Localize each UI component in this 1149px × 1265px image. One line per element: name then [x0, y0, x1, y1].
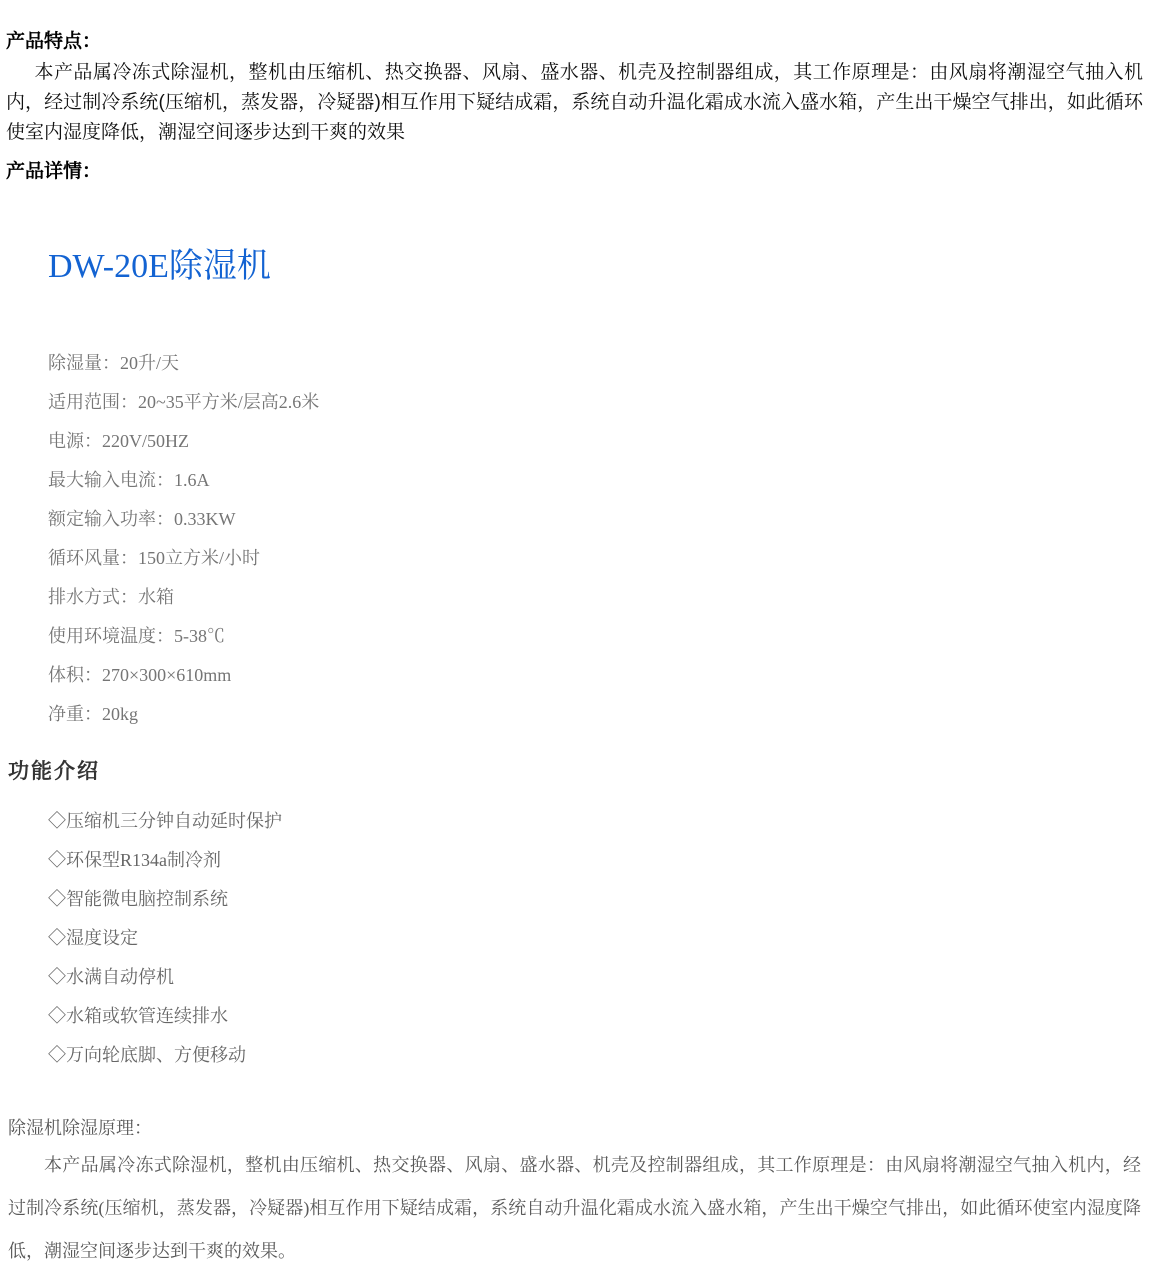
spec-item-operating-temp: 使用环境温度：5-38℃ — [48, 617, 1141, 656]
product-page: { "intro": { "heading": "产品特点：", "paragr… — [0, 0, 1149, 1265]
function-list: ◇压缩机三分钟自动延时保护 ◇环保型R134a制冷剂 ◇智能微电脑控制系统 ◇湿… — [48, 802, 1141, 1075]
spec-item-dimensions: 体积：270×300×610mm — [48, 656, 1141, 695]
product-detail-section: DW-20E除湿机 除湿量：20升/天 适用范围：20~35平方米/层高2.6米… — [0, 248, 1149, 1265]
spec-item-drain-method: 排水方式：水箱 — [48, 578, 1141, 617]
features-paragraph: 本产品属冷冻式除湿机，整机由压缩机、热交换器、风扇、盛水器、机壳及控制器组成，其… — [6, 58, 1143, 148]
function-item-drainage: ◇水箱或软管连续排水 — [48, 997, 1141, 1036]
spec-list: 除湿量：20升/天 适用范围：20~35平方米/层高2.6米 电源：220V/5… — [48, 344, 1141, 734]
spec-item-net-weight: 净重：20kg — [48, 695, 1141, 734]
features-heading: 产品特点： — [6, 30, 1143, 54]
spec-item-air-flow: 循环风量：150立方米/小时 — [48, 539, 1141, 578]
details-heading: 产品详情： — [6, 160, 1143, 184]
product-intro-section: 产品特点： 本产品属冷冻式除湿机，整机由压缩机、热交换器、风扇、盛水器、机壳及控… — [0, 0, 1149, 184]
spec-item-power-supply: 电源：220V/50HZ — [48, 422, 1141, 461]
functions-heading: 功能介绍 — [8, 758, 1141, 784]
function-item-microcomputer: ◇智能微电脑控制系统 — [48, 880, 1141, 919]
spec-item-applicable-area: 适用范围：20~35平方米/层高2.6米 — [48, 383, 1141, 422]
function-item-compressor-delay: ◇压缩机三分钟自动延时保护 — [48, 802, 1141, 841]
product-title: DW-20E除湿机 — [48, 248, 1141, 286]
spec-item-dehumidify-capacity: 除湿量：20升/天 — [48, 344, 1141, 383]
function-item-auto-stop: ◇水满自动停机 — [48, 958, 1141, 997]
spec-item-max-current: 最大输入电流：1.6A — [48, 461, 1141, 500]
function-item-refrigerant: ◇环保型R134a制冷剂 — [48, 841, 1141, 880]
function-item-casters: ◇万向轮底脚、方便移动 — [48, 1036, 1141, 1075]
principle-paragraph: 本产品属冷冻式除湿机，整机由压缩机、热交换器、风扇、盛水器、机壳及控制器组成，其… — [8, 1144, 1141, 1265]
spec-item-rated-power: 额定输入功率：0.33KW — [48, 500, 1141, 539]
principle-heading: 除湿机除湿原理： — [8, 1117, 1141, 1140]
function-item-humidity-setting: ◇湿度设定 — [48, 919, 1141, 958]
